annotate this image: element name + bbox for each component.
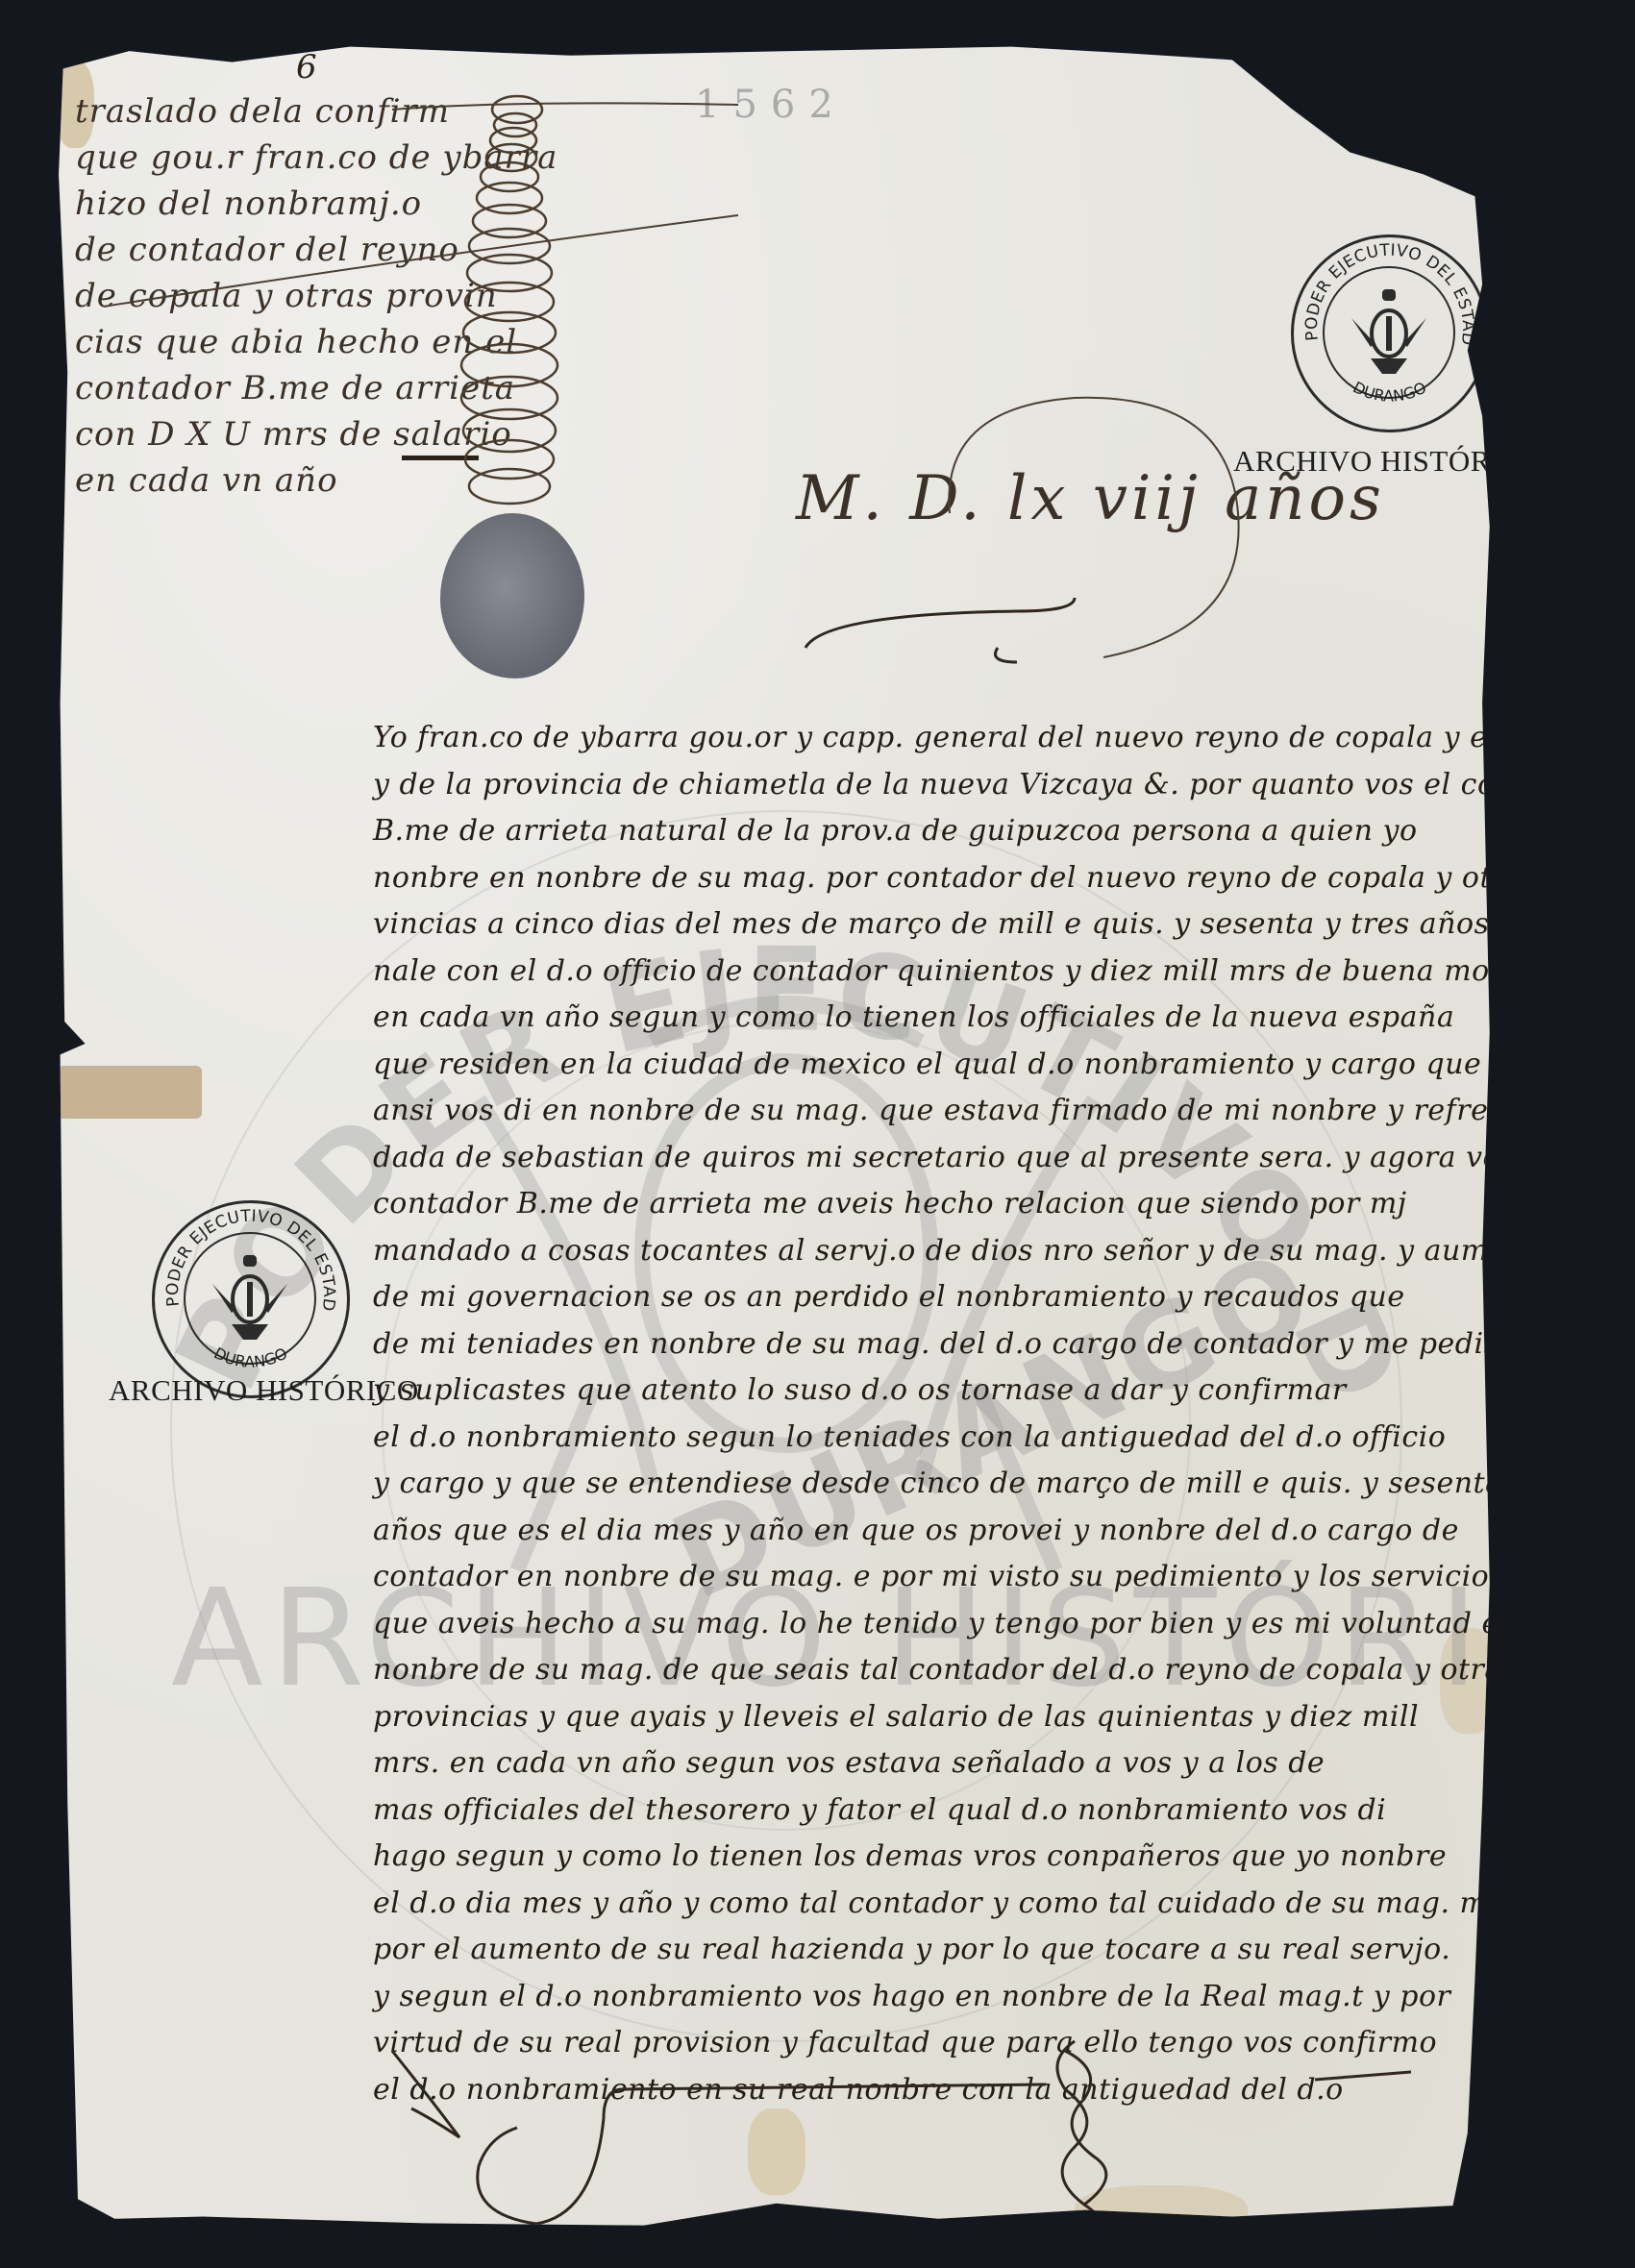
wax-seal — [440, 513, 584, 678]
body-line: mrs. en cada vn año segun vos estava señ… — [373, 1740, 1635, 1787]
stamp-ring-text: PODER EJECUTIVO DEL ESTADO DURANGO — [1291, 234, 1489, 432]
body-line: contador B.me de arrieta me aveis hecho … — [373, 1181, 1635, 1228]
body-line: y cargo y que se entendiese desde cinco … — [373, 1461, 1635, 1508]
archive-label-top-right: ARCHIVO HISTÓRICO — [1233, 444, 1544, 479]
body-line: hago segun y como lo tienen los demas vr… — [373, 1834, 1635, 1881]
svg-text:PODER EJECUTIVO DEL ESTADO: PODER EJECUTIVO DEL ESTADO — [145, 1186, 338, 1313]
margin-strike-lines — [85, 100, 757, 292]
body-line: por el aumento de su real hazienda y por… — [373, 1927, 1635, 1974]
heading-flourish — [786, 369, 1325, 677]
body-line: Yo fran.co de ybarra gou.or y capp. gene… — [373, 715, 1635, 762]
body-line: y segun el d.o nonbramiento vos hago en … — [373, 1974, 1635, 2021]
document-body: Yo fran.co de ybarra gou.or y capp. gene… — [373, 715, 1635, 2113]
archive-label-left: ARCHIVO HISTÓRICO — [109, 1373, 419, 1408]
stamp-ring-text: PODER EJECUTIVO DEL ESTADO DURANGO — [152, 1200, 350, 1398]
body-line: nonbre en nonbre de su mag. por contador… — [373, 855, 1635, 902]
body-line: el d.o dia mes y año y como tal contador… — [373, 1881, 1635, 1928]
body-line: y de la provincia de chiametla de la nue… — [373, 762, 1635, 809]
folio-number: 6 — [296, 48, 317, 86]
body-line: provincias y que ayais y lleveis el sala… — [373, 1694, 1635, 1741]
body-line: que aveis hecho a su mag. lo he tenido y… — [373, 1601, 1635, 1648]
body-line: mas officiales del thesorero y fator el … — [373, 1787, 1635, 1835]
archive-stamp-top-right: PODER EJECUTIVO DEL ESTADO DURANGO — [1291, 234, 1483, 436]
body-line: de mi governacion se os an perdido el no… — [373, 1274, 1635, 1321]
archive-stamp-left: PODER EJECUTIVO DEL ESTADO DURANGO — [152, 1200, 344, 1402]
body-line: nale con el d.o officio de contador quin… — [373, 949, 1635, 996]
body-line: dada de sebastian de quiros mi secretari… — [373, 1135, 1635, 1182]
closing-flourish — [373, 2080, 1459, 2268]
body-line: en cada vn año segun y como lo tienen lo… — [373, 995, 1635, 1042]
body-line: mandado a cosas tocantes al servj.o de d… — [373, 1228, 1635, 1275]
body-line: contador en nonbre de su mag. e por mi v… — [373, 1554, 1635, 1601]
svg-text:DURANGO: DURANGO — [1350, 378, 1429, 405]
body-line: que residen en la ciudad de mexico el qu… — [373, 1042, 1635, 1089]
body-line: B.me de arrieta natural de la prov.a de … — [373, 808, 1635, 855]
body-line: nonbre de su mag. de que seais tal conta… — [373, 1647, 1635, 1694]
svg-text:DURANGO: DURANGO — [211, 1344, 290, 1370]
body-line: virtud de su real provision y facultad q… — [373, 2020, 1635, 2067]
body-line: ansi vos di en nonbre de su mag. que est… — [373, 1088, 1635, 1135]
body-line: y suplicastes que atento lo suso d.o os … — [373, 1368, 1635, 1415]
manuscript-page: PODER EJECUTIVO DEL ESTADO DURANGO ARCHI… — [56, 42, 1526, 2243]
body-line: el d.o nonbramiento segun lo teniades co… — [373, 1415, 1635, 1462]
body-line: vincias a cinco dias del mes de março de… — [373, 901, 1635, 949]
body-line: de mi teniades en nonbre de su mag. del … — [373, 1321, 1635, 1368]
svg-text:PODER EJECUTIVO DEL ESTADO: PODER EJECUTIVO DEL ESTADO — [1284, 220, 1477, 347]
spiral-flourish — [450, 62, 584, 542]
body-line: años que es el dia mes y año en que os p… — [373, 1508, 1635, 1555]
